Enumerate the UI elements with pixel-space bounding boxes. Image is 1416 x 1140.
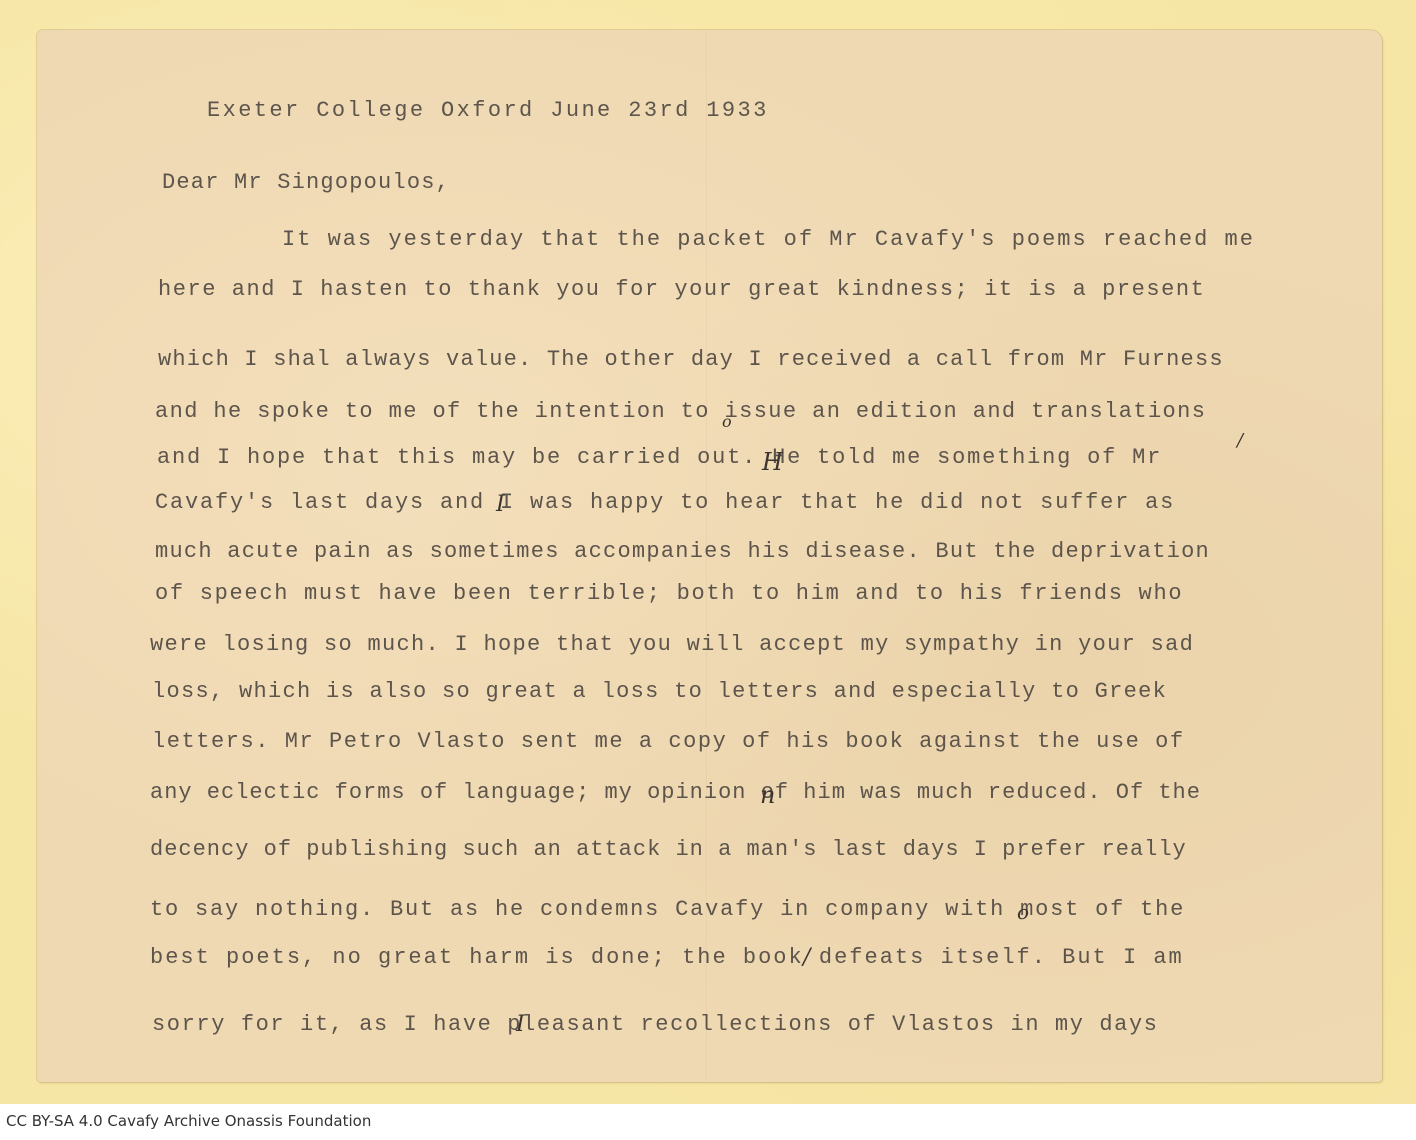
letter-line: It was yesterday that the packet of Mr C…	[282, 227, 1255, 253]
letter-line: best poets, no great harm is done; the b…	[150, 945, 1184, 971]
letter-salutation: Dear Mr Singopoulos,	[162, 170, 450, 196]
handwritten-correction: H	[762, 448, 783, 476]
letter-line: to say nothing. But as he condemns Cavaf…	[150, 897, 1185, 923]
handwritten-correction: o	[722, 412, 732, 431]
handwritten-tick: /	[1237, 430, 1243, 451]
letter-line: any eclectic forms of language; my opini…	[150, 780, 1201, 806]
letter-line: letters. Mr Petro Vlasto sent me a copy …	[152, 729, 1185, 755]
handwritten-correction: I	[516, 1012, 525, 1037]
letter-line: of speech must have been terrible; both …	[155, 581, 1183, 607]
letter-line: and I hope that this may be carried out.…	[157, 445, 1162, 471]
letter-line: here and I hasten to thank you for your …	[158, 277, 1205, 303]
letter-line: decency of publishing such an attack in …	[150, 837, 1187, 863]
letter-line: were losing so much. I hope that you wil…	[150, 632, 1194, 658]
letter-header: Exeter College Oxford June 23rd 1933	[207, 98, 769, 124]
letter-line: Cavafy's last days and I was happy to he…	[155, 490, 1175, 516]
letter-line: loss, which is also so great a loss to l…	[152, 679, 1167, 705]
license-caption: CC BY-SA 4.0 Cavafy Archive Onassis Foun…	[6, 1112, 371, 1130]
letter-line: and he spoke to me of the intention to i…	[155, 399, 1206, 425]
letter-line: much acute pain as sometimes accompanies…	[155, 539, 1210, 565]
letter-line: sorry for it, as I have pleasant recolle…	[152, 1012, 1159, 1038]
handwritten-correction: o	[1017, 900, 1029, 924]
handwritten-tick: /	[803, 945, 810, 970]
handwritten-correction: n	[760, 781, 775, 809]
handwritten-correction: I	[496, 492, 505, 517]
letter-line: which I shal always value. The other day…	[158, 347, 1224, 373]
